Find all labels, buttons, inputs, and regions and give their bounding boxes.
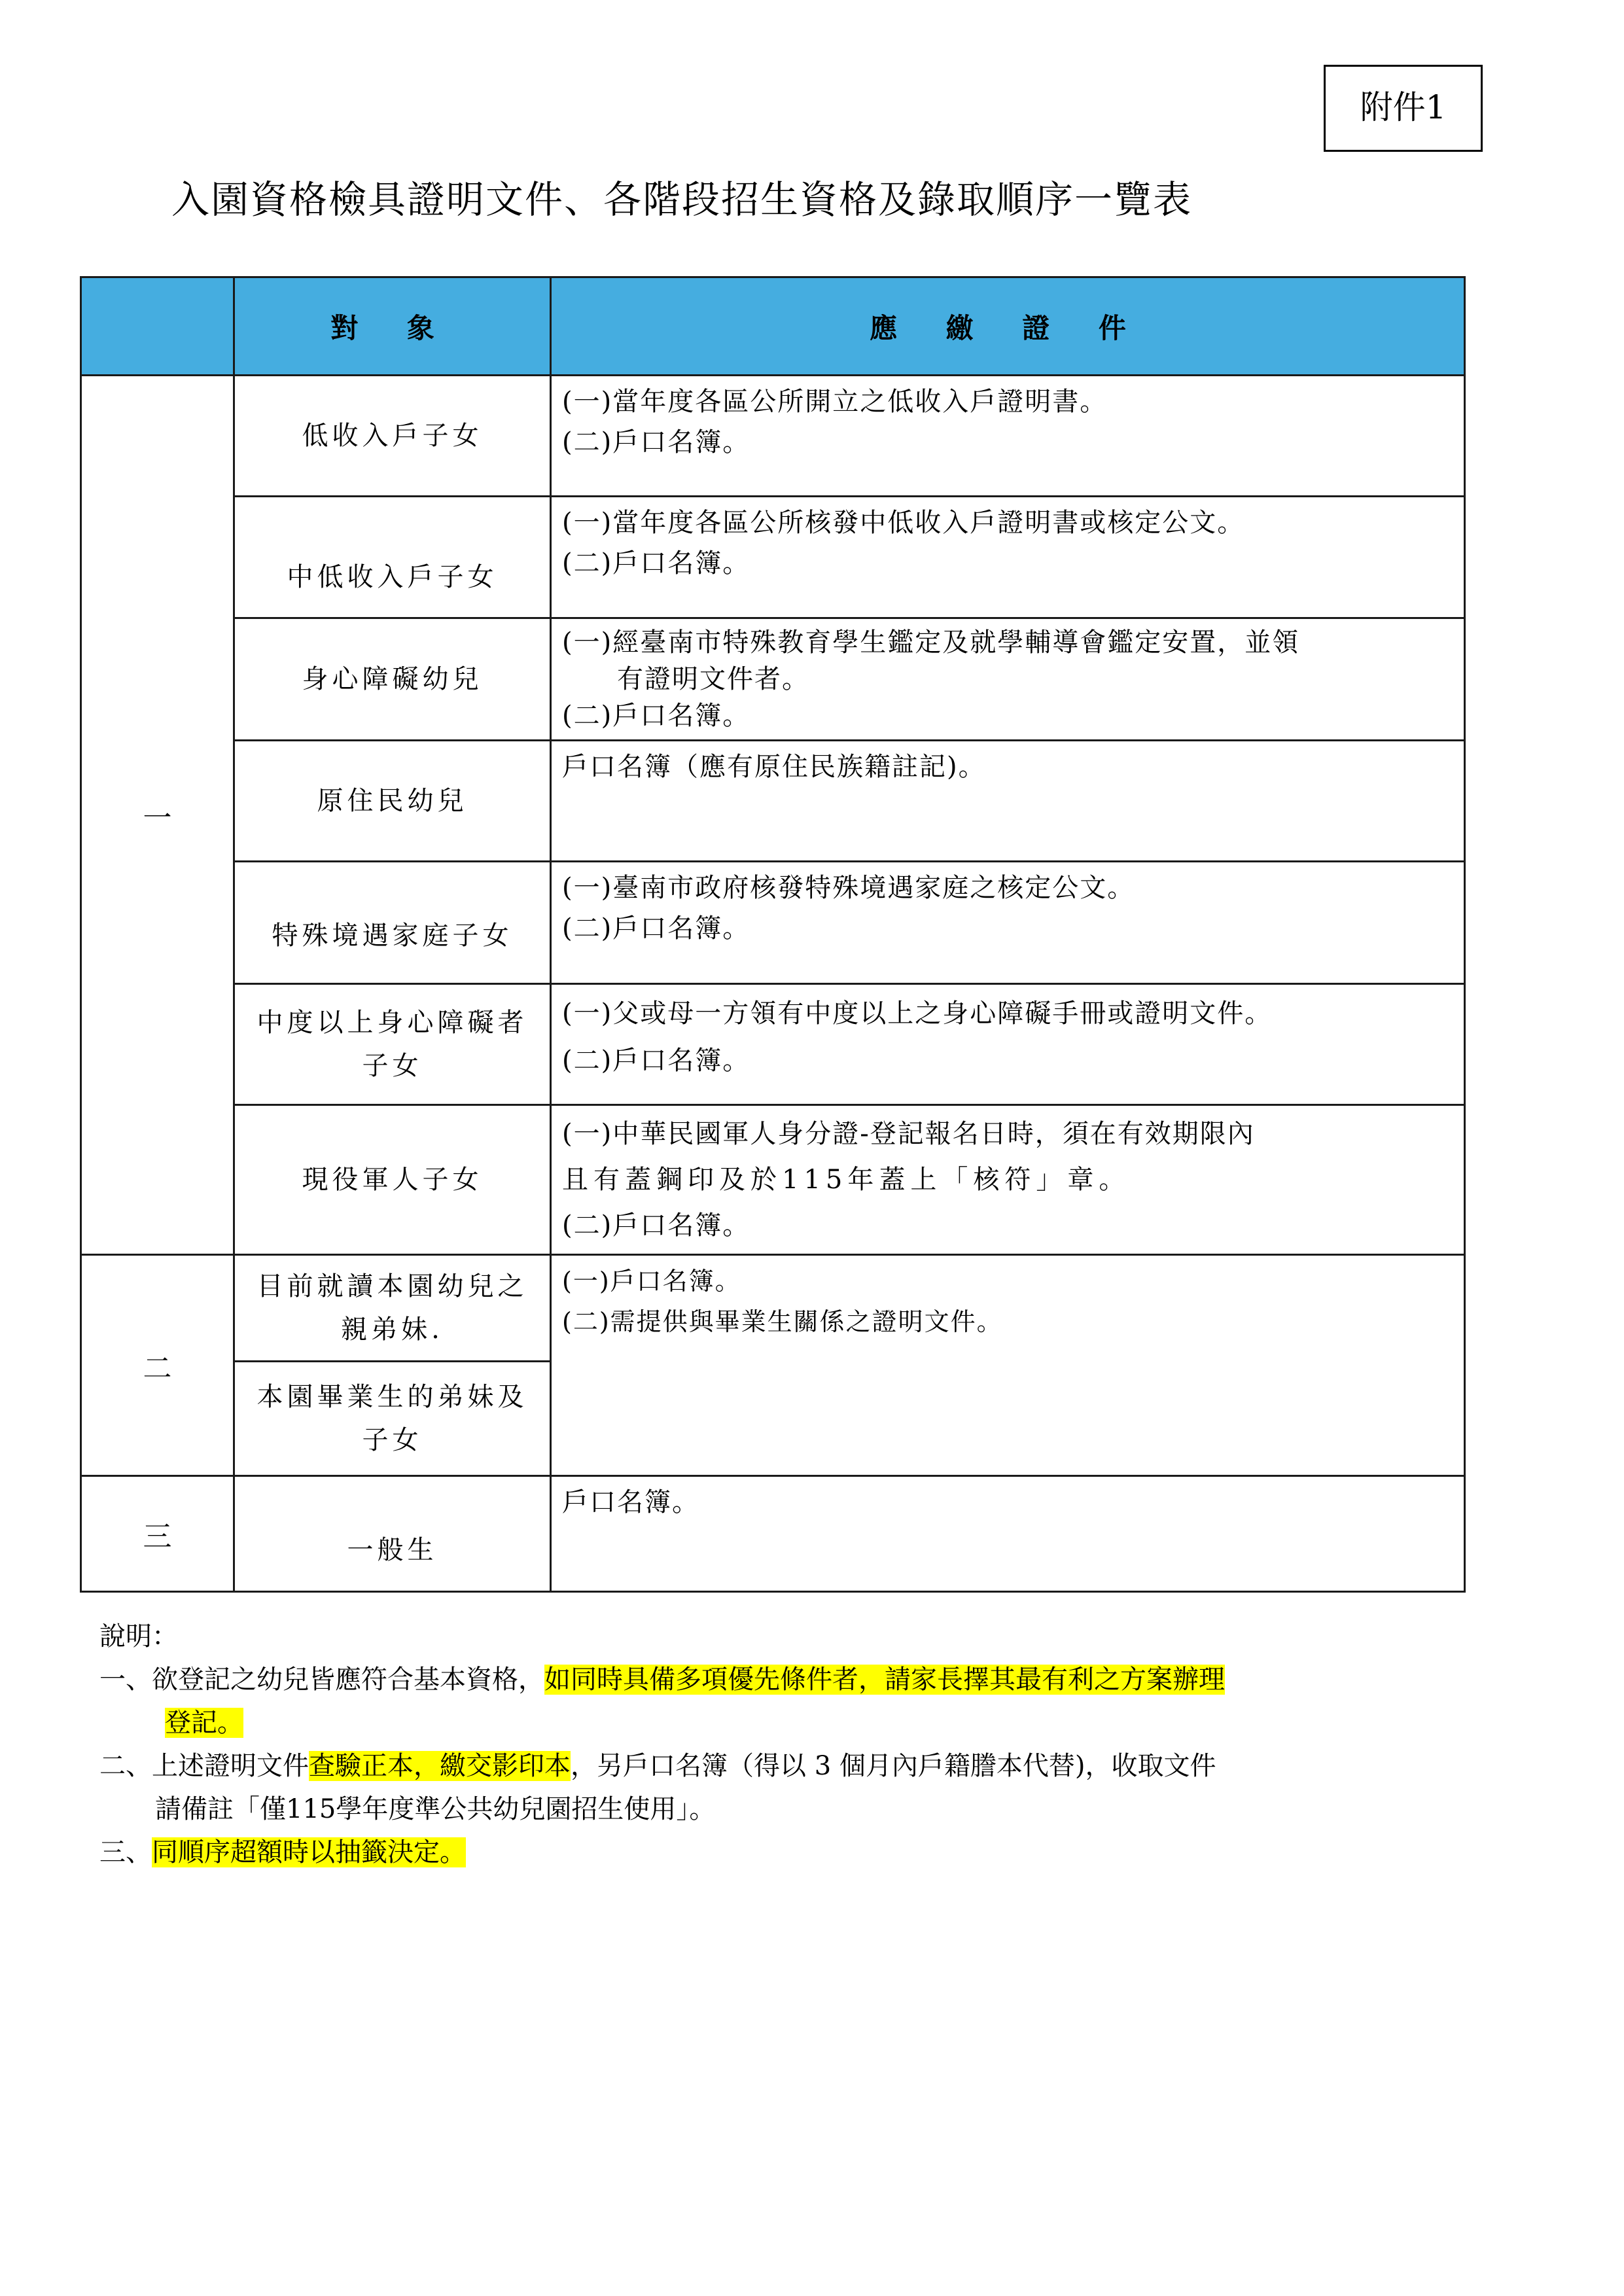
target-cell: 身心障礙幼兒 bbox=[234, 618, 551, 741]
table-row: 身心障礙幼兒 (一)經臺南市特殊教育學生鑑定及就學輔導會鑑定安置，並領 有證明文… bbox=[81, 618, 1465, 741]
note-item-1-cont: 登記。 bbox=[99, 1701, 1506, 1744]
document-line: (一)父或母一方領有中度以上之身心障礙手冊或證明文件。 bbox=[562, 990, 1453, 1037]
table-row: 三 一般生 戶口名簿。 bbox=[81, 1476, 1465, 1592]
target-cell: 現役軍人子女 bbox=[234, 1105, 551, 1255]
document-line: (一)當年度各區公所開立之低收入戶證明書。 bbox=[562, 381, 1453, 422]
note-item-1: 一、欲登記之幼兒皆應符合基本資格，如同時具備多項優先條件者，請家長擇其最有利之方… bbox=[99, 1658, 1506, 1701]
target-cell: 原住民幼兒 bbox=[234, 741, 551, 862]
documents-cell: (一)當年度各區公所核發中低收入戶證明書或核定公文。 (二)戶口名簿。 bbox=[551, 497, 1465, 618]
note-highlight: 同順序超額時以抽籤決定。 bbox=[152, 1837, 466, 1867]
document-line: 有證明文件者。 bbox=[562, 661, 1453, 698]
order-cell: 一 bbox=[81, 376, 234, 1255]
target-cell: 低收入戶子女 bbox=[234, 376, 551, 497]
document-line: (一)臺南市政府核發特殊境遇家庭之核定公文。 bbox=[562, 868, 1453, 908]
document-line: 戶口名簿。 bbox=[562, 1482, 1453, 1523]
documents-cell: (一)中華民國軍人身分證-登記報名日時，須在有效期限內 且有蓋鋼印及於115年蓋… bbox=[551, 1105, 1465, 1255]
document-line: (二)戶口名簿。 bbox=[562, 1203, 1453, 1248]
header-documents: 應 繳 證 件 bbox=[551, 277, 1465, 376]
documents-cell: (一)經臺南市特殊教育學生鑑定及就學輔導會鑑定安置，並領 有證明文件者。 (二)… bbox=[551, 618, 1465, 741]
header-target: 對 象 bbox=[234, 277, 551, 376]
target-cell: 中度以上身心障礙者子女 bbox=[234, 984, 551, 1105]
documents-cell: (一)戶口名簿。 (二)需提供與畢業生關係之證明文件。 bbox=[551, 1255, 1465, 1476]
document-line: (一)戶口名簿。 bbox=[562, 1261, 1453, 1301]
order-cell: 三 bbox=[81, 1476, 234, 1592]
documents-cell: 戶口名簿。 bbox=[551, 1476, 1465, 1592]
document-line: (二)需提供與畢業生關係之證明文件。 bbox=[562, 1301, 1453, 1342]
note-text: 上述證明文件 bbox=[152, 1751, 309, 1781]
document-line: (二)戶口名簿。 bbox=[562, 1037, 1453, 1084]
target-cell: 中低收入戶子女 bbox=[234, 497, 551, 618]
documents-cell: (一)當年度各區公所開立之低收入戶證明書。 (二)戶口名簿。 bbox=[551, 376, 1465, 497]
requirements-table: 對 象 應 繳 證 件 一 低收入戶子女 (一)當年度各區公所開立之低收入戶證明… bbox=[80, 276, 1466, 1593]
table-row: 中度以上身心障礙者子女 (一)父或母一方領有中度以上之身心障礙手冊或證明文件。 … bbox=[81, 984, 1465, 1105]
document-line: (一)當年度各區公所核發中低收入戶證明書或核定公文。 bbox=[562, 503, 1453, 543]
table-header-row: 對 象 應 繳 證 件 bbox=[81, 277, 1465, 376]
table-row: 原住民幼兒 戶口名簿（應有原住民族籍註記)。 bbox=[81, 741, 1465, 862]
documents-cell: (一)臺南市政府核發特殊境遇家庭之核定公文。 (二)戶口名簿。 bbox=[551, 862, 1465, 984]
document-line: 且有蓋鋼印及於115年蓋上「核符」章。 bbox=[562, 1157, 1453, 1203]
attachment-label: 附件1 bbox=[1360, 88, 1447, 126]
note-item-2-cont: 請備註「僅115學年度準公共幼兒園招生使用」。 bbox=[99, 1788, 1506, 1831]
note-text: ，另戶口名簿（得以 3 個月內戶籍謄本代替)，收取文件 bbox=[571, 1751, 1216, 1781]
documents-cell: (一)父或母一方領有中度以上之身心障礙手冊或證明文件。 (二)戶口名簿。 bbox=[551, 984, 1465, 1105]
note-prefix: 二、 bbox=[99, 1751, 152, 1781]
note-highlight: 登記。 bbox=[165, 1708, 243, 1738]
note-item-3: 三、同順序超額時以抽籤決定。 bbox=[99, 1831, 1506, 1874]
note-item-2: 二、上述證明文件查驗正本，繳交影印本，另戶口名簿（得以 3 個月內戶籍謄本代替)… bbox=[99, 1744, 1506, 1788]
order-cell: 二 bbox=[81, 1255, 234, 1476]
note-prefix: 三、 bbox=[99, 1837, 152, 1867]
table-row: 二 目前就讀本園幼兒之親弟妹. (一)戶口名簿。 (二)需提供與畢業生關係之證明… bbox=[81, 1255, 1465, 1362]
document-line: (一)經臺南市特殊教育學生鑑定及就學輔導會鑑定安置，並領 bbox=[562, 624, 1453, 661]
note-highlight: 如同時具備多項優先條件者，請家長擇其最有利之方案辦理 bbox=[544, 1665, 1225, 1695]
notes-heading: 說明： bbox=[99, 1615, 1506, 1658]
document-line: (一)中華民國軍人身分證-登記報名日時，須在有效期限內 bbox=[562, 1111, 1453, 1157]
note-text: 請備註「僅115學年度準公共幼兒園招生使用」。 bbox=[155, 1794, 715, 1824]
attachment-label-box: 附件1 bbox=[1324, 65, 1483, 152]
document-line: 戶口名簿（應有原住民族籍註記)。 bbox=[562, 747, 1453, 787]
table-row: 中低收入戶子女 (一)當年度各區公所核發中低收入戶證明書或核定公文。 (二)戶口… bbox=[81, 497, 1465, 618]
document-line: (二)戶口名簿。 bbox=[562, 698, 1453, 734]
notes-section: 說明： 一、欲登記之幼兒皆應符合基本資格，如同時具備多項優先條件者，請家長擇其最… bbox=[99, 1615, 1506, 1874]
document-line: (二)戶口名簿。 bbox=[562, 908, 1453, 949]
documents-cell: 戶口名簿（應有原住民族籍註記)。 bbox=[551, 741, 1465, 862]
table-row: 一 低收入戶子女 (一)當年度各區公所開立之低收入戶證明書。 (二)戶口名簿。 bbox=[81, 376, 1465, 497]
document-line: (二)戶口名簿。 bbox=[562, 543, 1453, 584]
target-cell: 特殊境遇家庭子女 bbox=[234, 862, 551, 984]
table-row: 現役軍人子女 (一)中華民國軍人身分證-登記報名日時，須在有效期限內 且有蓋鋼印… bbox=[81, 1105, 1465, 1255]
header-order bbox=[81, 277, 234, 376]
document-line: (二)戶口名簿。 bbox=[562, 422, 1453, 463]
note-text: 欲登記之幼兒皆應符合基本資格， bbox=[152, 1665, 544, 1695]
target-cell: 本園畢業生的弟妹及子女 bbox=[234, 1362, 551, 1476]
target-cell: 一般生 bbox=[234, 1476, 551, 1592]
note-highlight: 查驗正本，繳交影印本 bbox=[309, 1751, 571, 1781]
target-cell: 目前就讀本園幼兒之親弟妹. bbox=[234, 1255, 551, 1362]
table-row: 特殊境遇家庭子女 (一)臺南市政府核發特殊境遇家庭之核定公文。 (二)戶口名簿。 bbox=[81, 862, 1465, 984]
page-title: 入園資格檢具證明文件、各階段招生資格及錄取順序一覽表 bbox=[171, 169, 1349, 224]
note-prefix: 一、 bbox=[99, 1665, 152, 1695]
